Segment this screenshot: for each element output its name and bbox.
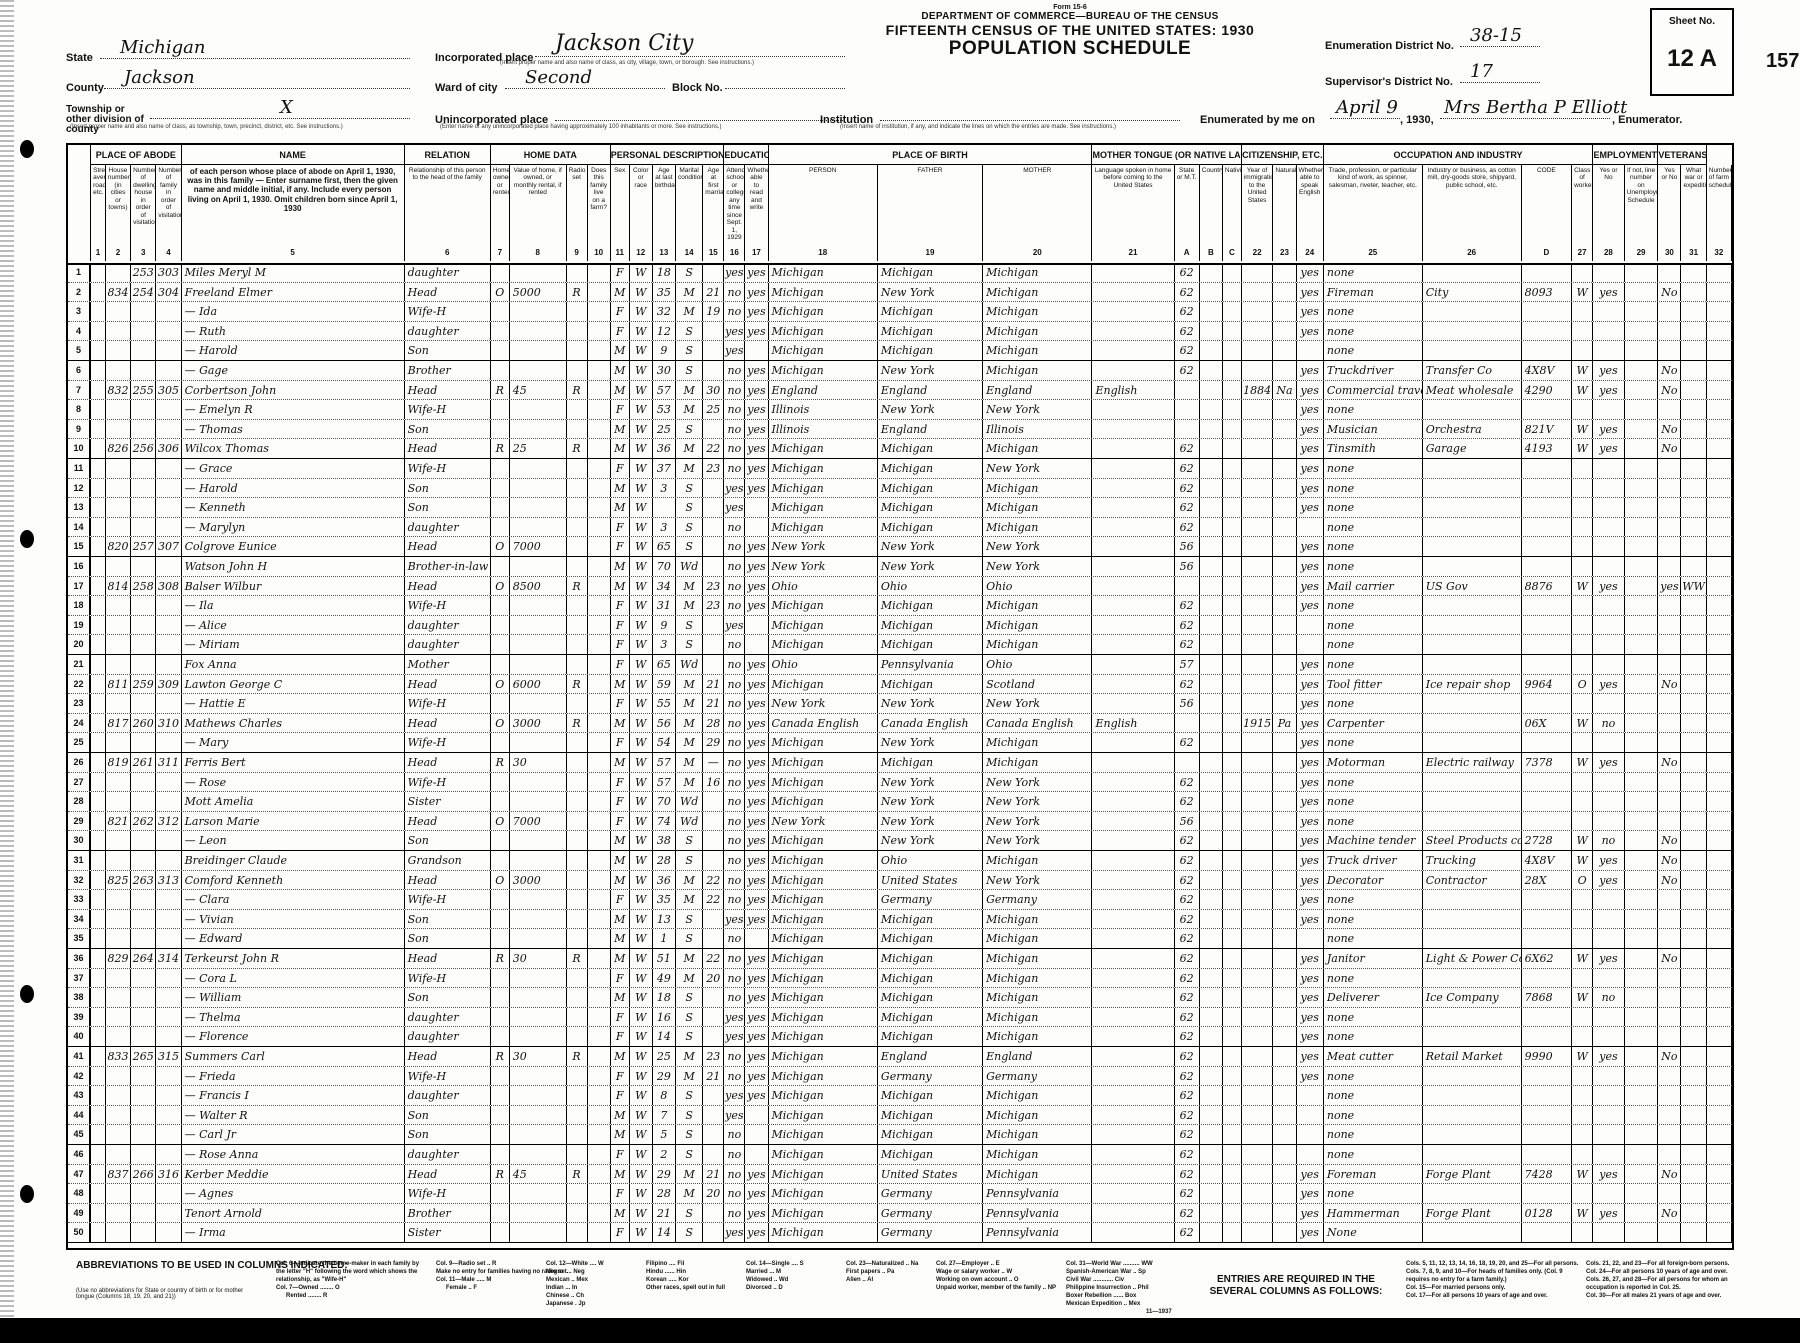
cell-ind-code: 7428 bbox=[1522, 1165, 1572, 1184]
cell-war bbox=[1682, 518, 1707, 537]
cell-dwelling bbox=[131, 851, 156, 870]
table-row: 33— ClaraWife-HFW35M22noyesMichiganGerma… bbox=[68, 890, 1732, 910]
cell-value bbox=[510, 1106, 567, 1125]
department-title: DEPARTMENT OF COMMERCE—BUREAU OF THE CEN… bbox=[860, 11, 1280, 22]
enumeration-district-field: 38-15 bbox=[1460, 28, 1540, 47]
cell-vet bbox=[1658, 694, 1681, 713]
cell-house bbox=[106, 498, 131, 517]
line-number: 21 bbox=[68, 655, 91, 674]
cell-english bbox=[1297, 341, 1324, 360]
person-name: — Thelma bbox=[182, 1008, 405, 1027]
cell-marital: S bbox=[676, 1145, 703, 1164]
cell-marital: M bbox=[676, 381, 703, 400]
cell-class bbox=[1572, 518, 1593, 537]
cell-farmsch bbox=[1707, 733, 1732, 752]
cell-race: W bbox=[630, 988, 653, 1007]
cell-ind-code bbox=[1522, 557, 1572, 576]
cell-code: 56 bbox=[1175, 694, 1200, 713]
cell-empline bbox=[1625, 341, 1659, 360]
cell-vet: No bbox=[1658, 949, 1681, 968]
township-value: X bbox=[280, 97, 293, 118]
cell-age: 53 bbox=[653, 400, 676, 419]
cell-industry: Orchestra bbox=[1423, 420, 1522, 439]
cell-age: 31 bbox=[653, 596, 676, 615]
cell-farmsch bbox=[1707, 1125, 1732, 1144]
supervisor-district-label: Supervisor's District No. bbox=[1325, 76, 1453, 88]
cell-occupation: none bbox=[1324, 1125, 1423, 1144]
cell-age-marriage: 22 bbox=[703, 890, 724, 909]
cell-marital: M bbox=[676, 1165, 703, 1184]
cell-race: W bbox=[630, 1047, 653, 1066]
cell-language bbox=[1092, 655, 1174, 674]
cell-sex: M bbox=[611, 714, 630, 733]
cell-radio bbox=[567, 420, 588, 439]
cell-value bbox=[510, 361, 567, 380]
line-number: 48 bbox=[68, 1184, 91, 1203]
cell-codeb bbox=[1200, 733, 1223, 752]
cell-at-work bbox=[1593, 518, 1625, 537]
cell-house bbox=[106, 596, 131, 615]
cell-english: yes bbox=[1297, 675, 1324, 694]
cell-ind-code bbox=[1522, 322, 1572, 341]
cell-value bbox=[510, 694, 567, 713]
cell-english: yes bbox=[1297, 714, 1324, 733]
cell-farmsch bbox=[1707, 1204, 1732, 1223]
cell-farm bbox=[588, 1125, 611, 1144]
cell-owned bbox=[491, 518, 510, 537]
cell-empline bbox=[1625, 283, 1659, 302]
cell-industry bbox=[1423, 969, 1522, 988]
cell-house bbox=[106, 616, 131, 635]
cell-radio bbox=[567, 929, 588, 948]
cell-radio bbox=[567, 1086, 588, 1105]
cell-radio bbox=[567, 459, 588, 478]
cell-farm bbox=[588, 322, 611, 341]
cell-natur bbox=[1273, 871, 1296, 890]
cell-radio bbox=[567, 694, 588, 713]
cell-marital: S bbox=[676, 929, 703, 948]
cell-dwelling bbox=[131, 1204, 156, 1223]
cell-age: 7 bbox=[653, 1106, 676, 1125]
cell-school: no bbox=[724, 518, 745, 537]
cell-father: Michigan bbox=[878, 675, 983, 694]
cell-vet bbox=[1658, 1086, 1681, 1105]
cell-race: W bbox=[630, 1145, 653, 1164]
cell-ind-code: 8093 bbox=[1522, 283, 1572, 302]
schedule-title: POPULATION SCHEDULE bbox=[860, 38, 1280, 60]
cell-industry: Contractor bbox=[1423, 871, 1522, 890]
cell-race: W bbox=[630, 1067, 653, 1086]
cell-house bbox=[106, 792, 131, 811]
cell-birth: Ohio bbox=[769, 577, 878, 596]
cell-mother: Michigan bbox=[983, 361, 1092, 380]
cell-read bbox=[745, 929, 768, 948]
cell-sex: F bbox=[611, 459, 630, 478]
table-row: 2834254304Freeland ElmerHeadO5000RMW35M2… bbox=[68, 283, 1732, 303]
cell-owned bbox=[491, 733, 510, 752]
cell-race: W bbox=[630, 537, 653, 556]
cell-language bbox=[1092, 733, 1174, 752]
cell-farmsch bbox=[1707, 381, 1732, 400]
cell-radio bbox=[567, 1223, 588, 1242]
cell-dwelling bbox=[131, 498, 156, 517]
cell-birth: Michigan bbox=[769, 1204, 878, 1223]
table-row: 12— HaroldSonMW3SyesyesMichiganMichiganM… bbox=[68, 479, 1732, 499]
cell-codec bbox=[1223, 381, 1242, 400]
cell-empline bbox=[1625, 263, 1659, 282]
cell-occupation: none bbox=[1324, 459, 1423, 478]
cell-farm bbox=[588, 733, 611, 752]
cell-street bbox=[91, 518, 106, 537]
cell-farm bbox=[588, 479, 611, 498]
cell-language bbox=[1092, 518, 1174, 537]
person-name: — Miriam bbox=[182, 635, 405, 654]
cell-mother: Michigan bbox=[983, 733, 1092, 752]
cell-family bbox=[156, 479, 181, 498]
cell-read: yes bbox=[745, 479, 768, 498]
abbr-col31: Col. 31—World War .......... WW Spanish-… bbox=[1066, 1260, 1153, 1308]
cell-code: 62 bbox=[1175, 1184, 1200, 1203]
cell-street bbox=[91, 1145, 106, 1164]
cell-street bbox=[91, 263, 106, 282]
cell-sex: M bbox=[611, 1106, 630, 1125]
cell-codec bbox=[1223, 557, 1242, 576]
cell-sex: M bbox=[611, 988, 630, 1007]
cell-natur bbox=[1273, 890, 1296, 909]
cell-english: yes bbox=[1297, 969, 1324, 988]
cell-father: Pennsylvania bbox=[878, 655, 983, 674]
cell-codec bbox=[1223, 635, 1242, 654]
person-name: — William bbox=[182, 988, 405, 1007]
table-row: 10826256306Wilcox ThomasHeadR25RMW36M22n… bbox=[68, 439, 1732, 459]
cell-codec bbox=[1223, 1184, 1242, 1203]
cell-read bbox=[745, 1106, 768, 1125]
cell-codec bbox=[1223, 283, 1242, 302]
cell-class: W bbox=[1572, 988, 1593, 1007]
cell-english: yes bbox=[1297, 577, 1324, 596]
line-number: 37 bbox=[68, 969, 91, 988]
cell-language bbox=[1092, 773, 1174, 792]
table-row: 31Breidinger ClaudeGrandsonMW28SnoyesMic… bbox=[68, 851, 1732, 871]
table-row: 44— Walter RSonMW7SyesMichiganMichiganMi… bbox=[68, 1106, 1732, 1126]
cell-radio: R bbox=[567, 283, 588, 302]
cell-language bbox=[1092, 871, 1174, 890]
cell-age-marriage: 29 bbox=[703, 733, 724, 752]
cell-marital: M bbox=[676, 773, 703, 792]
line-number: 32 bbox=[68, 871, 91, 890]
cell-age: 25 bbox=[653, 420, 676, 439]
cell-school: no bbox=[724, 753, 745, 772]
cell-age: 28 bbox=[653, 1184, 676, 1203]
cell-sex: M bbox=[611, 439, 630, 458]
cell-class: W bbox=[1572, 851, 1593, 870]
cell-birth: Michigan bbox=[769, 1047, 878, 1066]
column-header-name: of each person whose place of abode on A… bbox=[182, 165, 405, 245]
table-row: 50— IrmaSisterFW14SyesyesMichiganGermany… bbox=[68, 1223, 1732, 1243]
cell-age-marriage bbox=[703, 322, 724, 341]
cell-industry bbox=[1423, 459, 1522, 478]
cell-ind-code bbox=[1522, 498, 1572, 517]
cell-age-marriage bbox=[703, 635, 724, 654]
cell-code: 62 bbox=[1175, 283, 1200, 302]
cell-codec bbox=[1223, 949, 1242, 968]
cell-relation: Head bbox=[405, 675, 491, 694]
cell-immig bbox=[1242, 675, 1274, 694]
cell-relation: Wife-H bbox=[405, 459, 491, 478]
cell-natur bbox=[1273, 949, 1296, 968]
cell-radio bbox=[567, 1106, 588, 1125]
cell-class bbox=[1572, 1145, 1593, 1164]
column-group-header: PLACE OF ABODE bbox=[91, 145, 181, 165]
column-number: C bbox=[1223, 245, 1242, 261]
cell-read: yes bbox=[745, 988, 768, 1007]
cell-value bbox=[510, 420, 567, 439]
cell-language bbox=[1092, 1125, 1174, 1144]
cell-marital: S bbox=[676, 616, 703, 635]
cell-at-work bbox=[1593, 969, 1625, 988]
cell-codec bbox=[1223, 812, 1242, 831]
person-name: Watson John H bbox=[182, 557, 405, 576]
cell-codeb bbox=[1200, 557, 1223, 576]
column-group-header: MOTHER TONGUE (OR NATIVE LANGUAGE) OF FO… bbox=[1092, 145, 1241, 165]
cell-age bbox=[653, 498, 676, 517]
cell-marital: M bbox=[676, 949, 703, 968]
cell-dwelling bbox=[131, 792, 156, 811]
cell-class bbox=[1572, 969, 1593, 988]
cell-street bbox=[91, 1067, 106, 1086]
cell-family: 310 bbox=[156, 714, 181, 733]
cell-owned: R bbox=[491, 439, 510, 458]
cell-farmsch bbox=[1707, 518, 1732, 537]
column-number: 1 bbox=[91, 245, 106, 261]
cell-marital: M bbox=[676, 733, 703, 752]
cell-mother: Michigan bbox=[983, 518, 1092, 537]
cell-natur bbox=[1273, 910, 1296, 929]
table-row: 14— MarylyndaughterFW3SnoMichiganMichiga… bbox=[68, 518, 1732, 538]
cell-vet: No bbox=[1658, 753, 1681, 772]
cell-dwelling bbox=[131, 929, 156, 948]
cell-immig bbox=[1242, 733, 1274, 752]
cell-house bbox=[106, 929, 131, 948]
cell-race: W bbox=[630, 420, 653, 439]
cell-code: 62 bbox=[1175, 910, 1200, 929]
cell-occupation: none bbox=[1324, 694, 1423, 713]
cell-age-marriage bbox=[703, 537, 724, 556]
cell-birth: Michigan bbox=[769, 1223, 878, 1242]
cell-read: yes bbox=[745, 871, 768, 890]
cell-vet bbox=[1658, 322, 1681, 341]
cell-codeb bbox=[1200, 1125, 1223, 1144]
line-number: 2 bbox=[68, 283, 91, 302]
cell-english: yes bbox=[1297, 890, 1324, 909]
person-name: Lawton George C bbox=[182, 675, 405, 694]
cell-relation: Wife-H bbox=[405, 969, 491, 988]
cell-school: no bbox=[724, 459, 745, 478]
person-name: — Rose bbox=[182, 773, 405, 792]
cell-dwelling bbox=[131, 773, 156, 792]
cell-owned: O bbox=[491, 537, 510, 556]
cell-codec bbox=[1223, 910, 1242, 929]
cell-codeb bbox=[1200, 400, 1223, 419]
cell-relation: Head bbox=[405, 714, 491, 733]
table-row: 19— AlicedaughterFW9SyesMichiganMichigan… bbox=[68, 616, 1732, 636]
cell-age-marriage bbox=[703, 361, 724, 380]
cell-school: yes bbox=[724, 1106, 745, 1125]
cell-english: yes bbox=[1297, 283, 1324, 302]
cell-father: Germany bbox=[878, 890, 983, 909]
cell-read: yes bbox=[745, 439, 768, 458]
cell-read: yes bbox=[745, 949, 768, 968]
cell-farmsch bbox=[1707, 831, 1732, 850]
cell-relation: Son bbox=[405, 1106, 491, 1125]
cell-marital: Wd bbox=[676, 557, 703, 576]
column-number: 3 bbox=[131, 245, 156, 261]
cell-language bbox=[1092, 1027, 1174, 1046]
cell-radio bbox=[567, 969, 588, 988]
cell-read: yes bbox=[745, 577, 768, 596]
cell-industry bbox=[1423, 910, 1522, 929]
cell-value bbox=[510, 1086, 567, 1105]
cell-codeb bbox=[1200, 1047, 1223, 1066]
cell-empline bbox=[1625, 675, 1659, 694]
cell-war bbox=[1682, 635, 1707, 654]
punch-hole bbox=[20, 140, 34, 158]
person-name: Terkeurst John R bbox=[182, 949, 405, 968]
cell-occupation: none bbox=[1324, 616, 1423, 635]
cell-age-marriage: 30 bbox=[703, 381, 724, 400]
cell-father: Michigan bbox=[878, 616, 983, 635]
cell-mother: Scotland bbox=[983, 675, 1092, 694]
cell-owned bbox=[491, 400, 510, 419]
column-number: 2 bbox=[106, 245, 131, 261]
cell-read bbox=[745, 635, 768, 654]
cell-empline bbox=[1625, 1067, 1659, 1086]
cell-war bbox=[1682, 302, 1707, 321]
cell-at-work bbox=[1593, 479, 1625, 498]
cell-occupation: none bbox=[1324, 1067, 1423, 1086]
cell-owned bbox=[491, 420, 510, 439]
cell-relation: Wife-H bbox=[405, 596, 491, 615]
person-name: — Kenneth bbox=[182, 498, 405, 517]
cell-occupation: none bbox=[1324, 1027, 1423, 1046]
cell-codec bbox=[1223, 988, 1242, 1007]
cell-sex: F bbox=[611, 655, 630, 674]
cell-language bbox=[1092, 1106, 1174, 1125]
cell-street bbox=[91, 322, 106, 341]
cell-occupation: none bbox=[1324, 910, 1423, 929]
cell-codec bbox=[1223, 773, 1242, 792]
cell-codeb bbox=[1200, 459, 1223, 478]
cell-relation: Head bbox=[405, 949, 491, 968]
cell-family bbox=[156, 1086, 181, 1105]
cell-empline bbox=[1625, 1027, 1659, 1046]
cell-school: no bbox=[724, 675, 745, 694]
cell-at-work bbox=[1593, 302, 1625, 321]
cell-radio: R bbox=[567, 714, 588, 733]
cell-natur bbox=[1273, 283, 1296, 302]
cell-at-work: no bbox=[1593, 831, 1625, 850]
table-row: 18— IlaWife-HFW31M23noyesMichiganMichiga… bbox=[68, 596, 1732, 616]
cell-industry bbox=[1423, 1008, 1522, 1027]
cell-owned bbox=[491, 1086, 510, 1105]
cell-occupation: Machine tender bbox=[1324, 831, 1423, 850]
cell-age: 36 bbox=[653, 871, 676, 890]
cell-english: yes bbox=[1297, 1223, 1324, 1242]
cell-vet: No bbox=[1658, 420, 1681, 439]
cell-ind-code bbox=[1522, 655, 1572, 674]
cell-birth: Michigan bbox=[769, 733, 878, 752]
cell-read: yes bbox=[745, 1204, 768, 1223]
required-title: ENTRIES ARE REQUIRED IN THE SEVERAL COLU… bbox=[1196, 1274, 1396, 1298]
cell-dwelling bbox=[131, 596, 156, 615]
cell-empline bbox=[1625, 322, 1659, 341]
table-row: 7832255305Corbertson JohnHeadR45RMW57M30… bbox=[68, 381, 1732, 401]
cell-owned bbox=[491, 557, 510, 576]
cell-school: no bbox=[724, 1184, 745, 1203]
cell-birth: New York bbox=[769, 694, 878, 713]
person-name: — Thomas bbox=[182, 420, 405, 439]
cell-at-work: no bbox=[1593, 714, 1625, 733]
cell-war bbox=[1682, 733, 1707, 752]
cell-radio bbox=[567, 400, 588, 419]
column-number: 10 bbox=[588, 245, 611, 261]
cell-age-marriage bbox=[703, 263, 724, 282]
cell-farm bbox=[588, 1106, 611, 1125]
cell-at-work: yes bbox=[1593, 1165, 1625, 1184]
cell-owned bbox=[491, 1145, 510, 1164]
cell-street bbox=[91, 1086, 106, 1105]
enumerator-field: Mrs Bertha P Elliott bbox=[1440, 100, 1610, 119]
cell-dwelling bbox=[131, 302, 156, 321]
line-number: 9 bbox=[68, 420, 91, 439]
cell-ind-code: 28X bbox=[1522, 871, 1572, 890]
cell-ind-code bbox=[1522, 1223, 1572, 1242]
cell-codeb bbox=[1200, 969, 1223, 988]
cell-read: yes bbox=[745, 714, 768, 733]
cell-mother: New York bbox=[983, 792, 1092, 811]
cell-sex: F bbox=[611, 322, 630, 341]
cell-owned bbox=[491, 1106, 510, 1125]
cell-war bbox=[1682, 1184, 1707, 1203]
cell-race: W bbox=[630, 1223, 653, 1242]
cell-natur bbox=[1273, 616, 1296, 635]
cell-sex: M bbox=[611, 831, 630, 850]
cell-farm bbox=[588, 1067, 611, 1086]
cell-value bbox=[510, 479, 567, 498]
cell-at-work bbox=[1593, 1145, 1625, 1164]
cell-natur bbox=[1273, 1106, 1296, 1125]
cell-occupation: none bbox=[1324, 479, 1423, 498]
cell-english: yes bbox=[1297, 400, 1324, 419]
column-header-indcode: CODE bbox=[1522, 165, 1572, 245]
cell-family bbox=[156, 969, 181, 988]
cell-street bbox=[91, 753, 106, 772]
cell-radio bbox=[567, 1125, 588, 1144]
column-header-occupation: Trade, profession, or particular kind of… bbox=[1324, 165, 1423, 245]
cell-codeb bbox=[1200, 792, 1223, 811]
cell-natur bbox=[1273, 322, 1296, 341]
cell-marital: M bbox=[676, 302, 703, 321]
cell-codeb bbox=[1200, 302, 1223, 321]
cell-father: Germany bbox=[878, 1223, 983, 1242]
column-number: 20 bbox=[983, 245, 1092, 261]
table-row: 16Watson John HBrother-in-lawMW70Wdnoyes… bbox=[68, 557, 1732, 577]
cell-code bbox=[1175, 381, 1200, 400]
cell-relation: Brother-in-law bbox=[405, 557, 491, 576]
cell-value bbox=[510, 459, 567, 478]
cell-codeb bbox=[1200, 929, 1223, 948]
cell-ind-code bbox=[1522, 479, 1572, 498]
